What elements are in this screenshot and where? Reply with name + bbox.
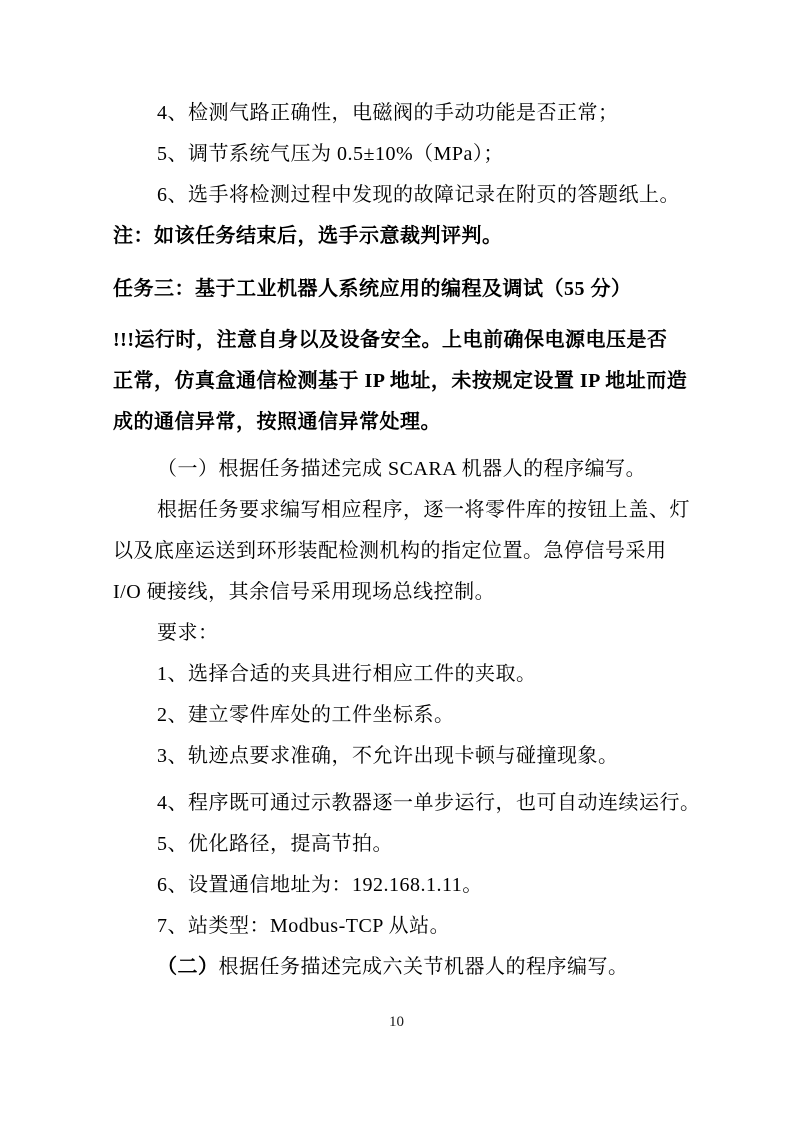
section1-heading: （一）根据任务描述完成 SCARA 机器人的程序编写。 [113,449,793,490]
note-line: 注：如该任务结束后，选手示意裁判评判。 [113,216,793,257]
requirement-item: 1、选择合适的夹具进行相应工件的夹取。 [113,654,793,695]
requirement-item: 6、设置通信地址为：192.168.1.11。 [113,865,793,906]
warning-line: 正常，仿真盒通信检测基于 IP 地址，未按规定设置 IP 地址而造 [113,361,793,402]
requirement-item: 3、轨迹点要求准确，不允许出现卡顿与碰撞现象。 [113,736,793,777]
section1-paragraph-line: 根据任务要求编写相应程序，逐一将零件库的按钮上盖、灯 [113,490,793,531]
document-body: 4、检测气路正确性，电磁阀的手动功能是否正常； 5、调节系统气压为 0.5±10… [0,0,793,988]
section2-heading-number: （二） [157,956,219,978]
section1-paragraph-line: I/O 硬接线，其余信号采用现场总线控制。 [113,572,793,613]
requirement-item: 2、建立零件库处的工件坐标系。 [113,695,793,736]
requirements-label: 要求： [113,613,793,654]
requirement-item: 5、优化路径，提高节拍。 [113,824,793,865]
section2-heading-text: 根据任务描述完成六关节机器人的程序编写。 [219,956,629,978]
warning-line: !!!运行时，注意自身以及设备安全。上电前确保电源电压是否 [113,320,793,361]
task2-list-item: 6、选手将检测过程中发现的故障记录在附页的答题纸上。 [113,175,793,216]
requirement-item: 7、站类型：Modbus-TCP 从站。 [113,906,793,947]
requirement-item: 4、程序既可通过示教器逐一单步运行，也可自动连续运行。 [113,783,793,824]
section2-heading: （二）根据任务描述完成六关节机器人的程序编写。 [113,947,793,988]
page-number: 10 [0,1014,793,1031]
task2-list-item: 5、调节系统气压为 0.5±10%（MPa）； [113,134,793,175]
section1-paragraph-line: 以及底座运送到环形装配检测机构的指定位置。急停信号采用 [113,531,793,572]
task3-heading: 任务三：基于工业机器人系统应用的编程及调试（55 分） [113,269,793,310]
document-page: 4、检测气路正确性，电磁阀的手动功能是否正常； 5、调节系统气压为 0.5±10… [0,0,793,1122]
warning-line: 成的通信异常，按照通信异常处理。 [113,402,793,443]
task2-list-item: 4、检测气路正确性，电磁阀的手动功能是否正常； [113,93,793,134]
